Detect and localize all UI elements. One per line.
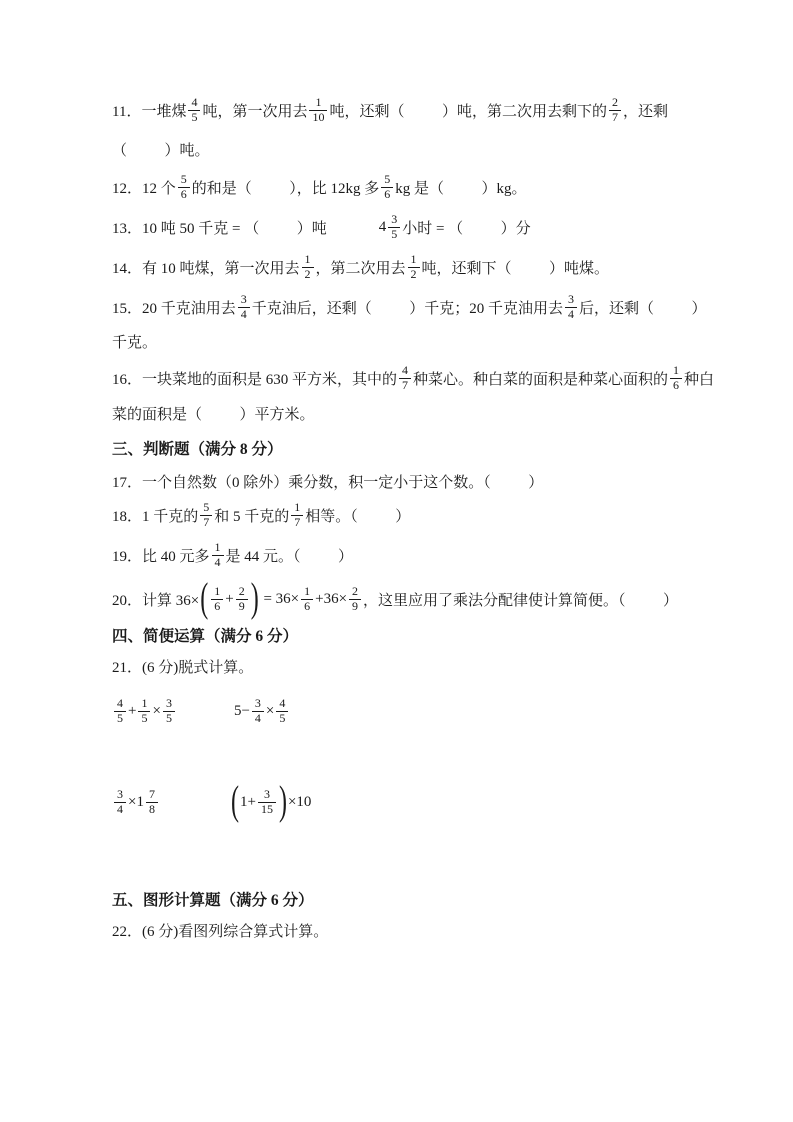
question-12: 12．12 个56的和是（ ），比 12kg 多56kg 是（ ）kg。 [112,167,697,207]
question-11-line-1: 11．一堆煤45吨，第一次用去110吨，还剩（ ）吨，第二次用去剩下的27，还剩 [112,90,697,130]
text-run: 相等。（ ） [305,505,410,526]
fraction: 29 [349,585,361,614]
fraction: 35 [163,697,175,726]
fraction: 315 [258,788,276,817]
fraction: 56 [178,173,190,202]
question-18: 18．1 千克的57和 5 千克的17相等。（ ） [112,495,697,535]
text-run: 11．一堆煤 [112,100,186,121]
text-run: 千克油后，还剩（ ）千克；20 千克油用去 [252,297,563,318]
calc-expressions-row-1: 45+15×355−34×45 [112,691,697,731]
text-run: 15．20 千克油用去 [112,297,236,318]
fraction: 15 [138,697,150,726]
text-run: 19．比 40 元多 [112,545,210,566]
question-20: 20．计算 36×(16+29) = 36×16+36×29，这里应用了乘法分配… [112,575,697,623]
fraction: 45 [276,697,288,726]
text-run: kg 是（ ）kg。 [395,177,526,198]
text-run: ，第二次用去 [316,257,406,278]
question-15-line-2: 千克。 [112,329,697,353]
question-14: 14．有 10 吨煤，第一次用去12，第二次用去12吨，还剩下（ ）吨煤。 [112,247,697,287]
question-11-line-2: （ ）吨。 [112,137,697,161]
text-run: + [128,703,136,720]
fraction: 16 [301,585,313,614]
fraction: 45 [114,697,126,726]
fraction: 34 [238,293,250,322]
column-gap [177,711,234,712]
text-run: ×10 [288,794,311,811]
text-run: 三、判断题（满分 8 分） [112,437,283,459]
fraction: 27 [609,96,621,125]
text-run: 小时 = （ ）分 [402,217,530,238]
text-run: 四、简便运算（满分 6 分） [112,624,298,646]
document-page[interactable]: 11．一堆煤45吨，第一次用去110吨，还剩（ ）吨，第二次用去剩下的27，还剩… [0,0,793,1122]
fraction: 35 [388,213,400,242]
text-run: 是 44 元。（ ） [226,545,354,566]
text-run: 1+ [240,794,256,811]
text-run: 18．1 千克的 [112,505,198,526]
question-19: 19．比 40 元多14是 44 元。（ ） [112,535,697,575]
text-run: 种白 [684,368,714,389]
text-run: 20．计算 36× [112,589,199,610]
text-run: 22．(6 分)看图列综合算式计算。 [112,920,328,941]
text-run: 种菜心。种白菜的面积是种菜心面积的 [413,368,668,389]
text-run: + [225,591,233,608]
fraction: 110 [309,96,327,125]
fraction: 14 [212,541,224,570]
text-run: +36× [315,591,347,608]
text-run: 吨，第一次用去 [202,100,307,121]
question-17: 17．一个自然数（0 除外）乘分数，积一定小于这个数。（ ） [112,469,697,493]
fraction: 17 [291,501,303,530]
text-run: 5− [234,703,250,720]
section-4-heading: 四、简便运算（满分 6 分） [112,623,697,647]
mixed-number: 435 [379,213,403,242]
text-run: 13．10 吨 50 千克 = （ ）吨 [112,217,327,238]
big-parenthesis: ) [251,579,259,620]
text-run: （ ）吨。 [112,139,210,160]
text-run: 菜的面积是（ ）平方米。 [112,403,315,424]
question-13: 13．10 吨 50 千克 = （ ）吨435小时 = （ ）分 [112,207,697,247]
big-parenthesis: ( [231,782,239,823]
fraction: 12 [302,253,314,282]
text-run: 吨，还剩（ ）吨，第二次用去剩下的 [329,100,607,121]
text-run: 16．一块菜地的面积是 630 平方米，其中的 [112,368,397,389]
text-run: 21．(6 分)脱式计算。 [112,656,253,677]
text-run: = 36× [260,591,299,608]
text-run: 的和是（ ），比 12kg 多 [192,177,380,198]
text-run: 五、图形计算题（满分 6 分） [112,888,314,910]
text-run: × [128,794,136,811]
fraction: 34 [114,788,126,817]
section-3-heading: 三、判断题（满分 8 分） [112,436,697,460]
section-5-heading: 五、图形计算题（满分 6 分） [112,887,697,911]
fraction: 34 [252,697,264,726]
big-parenthesis: ) [279,782,287,823]
text-run: 后，还剩（ ） [579,297,707,318]
question-16-line-2: 菜的面积是（ ）平方米。 [112,401,697,425]
text-run: 14．有 10 吨煤，第一次用去 [112,257,300,278]
text-run: 和 5 千克的 [214,505,289,526]
fraction: 56 [381,173,393,202]
fraction: 47 [399,364,411,393]
big-parenthesis: ( [200,579,208,620]
column-gap [160,802,230,803]
question-21: 21．(6 分)脱式计算。 [112,654,697,678]
fraction: 45 [188,96,200,125]
text-run: 17．一个自然数（0 除外）乘分数，积一定小于这个数。（ ） [112,471,543,492]
question-16-line-1: 16．一块菜地的面积是 630 平方米，其中的47种菜心。种白菜的面积是种菜心面… [112,358,697,398]
fraction: 34 [565,293,577,322]
fraction: 12 [408,253,420,282]
question-15-line-1: 15．20 千克油用去34千克油后，还剩（ ）千克；20 千克油用去34后，还剩… [112,287,697,327]
text-run: 12．12 个 [112,177,176,198]
fraction: 29 [236,585,248,614]
text-run: 吨，还剩下（ ）吨煤。 [422,257,610,278]
fraction: 78 [146,788,158,817]
calc-expressions-row-2: 34×178(1+315)×10 [112,778,697,826]
question-22: 22．(6 分)看图列综合算式计算。 [112,918,697,942]
fraction: 16 [670,364,682,393]
text-run: × [266,703,274,720]
text-run: ，还剩 [623,100,668,121]
column-gap [327,227,379,228]
text-run: ，这里应用了乘法分配律使计算简便。（ ） [363,589,678,610]
text-run: × [152,703,160,720]
mixed-number: 178 [136,788,160,817]
fraction: 57 [200,501,212,530]
text-run: 千克。 [112,331,157,352]
fraction: 16 [211,585,223,614]
